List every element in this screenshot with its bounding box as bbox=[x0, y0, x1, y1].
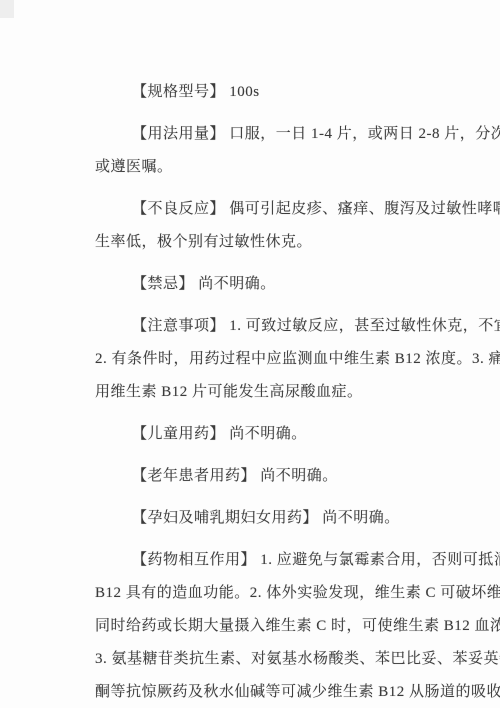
section-dosage: 【用法用量】 口服，一日 1-4 片，或两日 2-8 片，分次服 或遵医嘱。 bbox=[95, 118, 500, 184]
drug-interactions-line: 【药物相互作用】 1. 应避免与氯霉素合用，否则可抵消维 bbox=[95, 544, 500, 577]
contraindications-line: 【禁忌】 尚不明确。 bbox=[95, 268, 500, 301]
precautions-line: 用维生素 B12 片可能发生高尿酸血症。 bbox=[95, 376, 500, 409]
precautions-line: 【注意事项】 1. 可致过敏反应，甚至过敏性休克，不宜滥 bbox=[95, 310, 500, 343]
drug-interactions-line: 同时给药或长期大量摄入维生素 C 时，可使维生素 B12 血浓度降 bbox=[95, 610, 500, 643]
specification-line: 【规格型号】 100s bbox=[95, 76, 500, 109]
pediatric-use-line: 【儿童用药】 尚不明确。 bbox=[95, 418, 500, 451]
scan-corner-artifact bbox=[0, 0, 14, 18]
drug-interactions-line: 酮等抗惊厥药及秋水仙碱等可减少维生素 B12 从肠道的吸收。4. bbox=[95, 676, 500, 708]
adverse-reactions-line: 【不良反应】 偶可引起皮疹、瘙痒、腹泻及过敏性哮喘， bbox=[95, 193, 500, 226]
section-adverse-reactions: 【不良反应】 偶可引起皮疹、瘙痒、腹泻及过敏性哮喘， 生率低，极个别有过敏性休克… bbox=[95, 193, 500, 259]
section-pregnancy-lactation-use: 【孕妇及哺乳期妇女用药】 尚不明确。 bbox=[95, 502, 500, 535]
section-specification: 【规格型号】 100s bbox=[95, 76, 500, 109]
drug-interactions-line: B12 具有的造血功能。2. 体外实验发现，维生素 C 可破坏维生素 B bbox=[95, 577, 500, 610]
section-geriatric-use: 【老年患者用药】 尚不明确。 bbox=[95, 460, 500, 493]
leaflet-text-body: 【规格型号】 100s 【用法用量】 口服，一日 1-4 片，或两日 2-8 片… bbox=[95, 76, 500, 708]
drug-interactions-line: 3. 氨基糖苷类抗生素、对氨基水杨酸类、苯巴比妥、苯妥英钠、 bbox=[95, 643, 500, 676]
section-drug-interactions: 【药物相互作用】 1. 应避免与氯霉素合用，否则可抵消维 B12 具有的造血功能… bbox=[95, 544, 500, 708]
dosage-line: 【用法用量】 口服，一日 1-4 片，或两日 2-8 片，分次服 bbox=[95, 118, 500, 151]
geriatric-use-line: 【老年患者用药】 尚不明确。 bbox=[95, 460, 500, 493]
dosage-line: 或遵医嘱。 bbox=[95, 151, 500, 184]
section-precautions: 【注意事项】 1. 可致过敏反应，甚至过敏性休克，不宜滥 2. 有条件时，用药过… bbox=[95, 310, 500, 409]
adverse-reactions-line: 生率低，极个别有过敏性休克。 bbox=[95, 226, 500, 259]
precautions-line: 2. 有条件时，用药过程中应监测血中维生素 B12 浓度。3. 痛风患 bbox=[95, 343, 500, 376]
section-contraindications: 【禁忌】 尚不明确。 bbox=[95, 268, 500, 301]
leaflet-scan-page: 【规格型号】 100s 【用法用量】 口服，一日 1-4 片，或两日 2-8 片… bbox=[0, 0, 500, 708]
section-pediatric-use: 【儿童用药】 尚不明确。 bbox=[95, 418, 500, 451]
pregnancy-lactation-use-line: 【孕妇及哺乳期妇女用药】 尚不明确。 bbox=[95, 502, 500, 535]
